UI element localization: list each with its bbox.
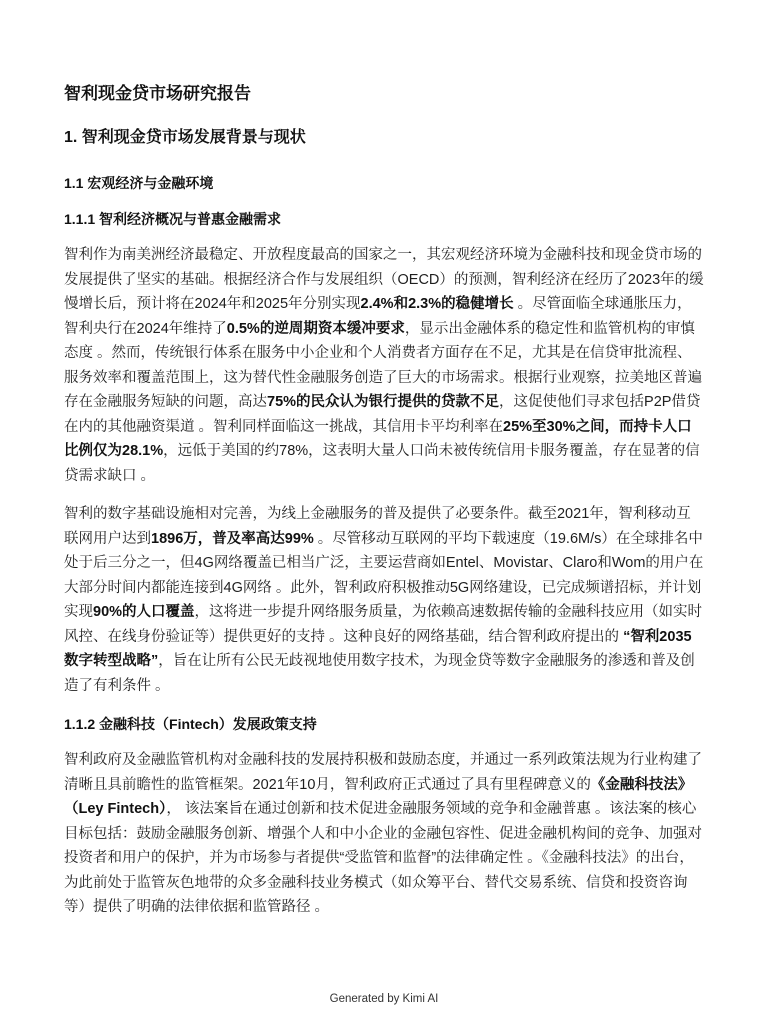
paragraph-fintech-policy: 智利政府及金融监管机构对金融科技的发展持积极和鼓励态度，并通过一系列政策法规为行… — [64, 748, 704, 920]
generated-by-label: Generated by Kimi AI — [330, 993, 439, 1005]
section-1-heading: 1. 智利现金贷市场发展背景与现状 — [64, 127, 704, 149]
report-title: 智利现金贷市场研究报告 — [64, 82, 704, 106]
page-footer: Generated by Kimi AI — [0, 992, 768, 1007]
section-1-1-1-heading: 1.1.1 智利经济概况与普惠金融需求 — [64, 210, 704, 229]
section-1-1-2-heading: 1.1.2 金融科技（Fintech）发展政策支持 — [64, 715, 704, 734]
paragraph-economy-overview: 智利作为南美洲经济最稳定、开放程度最高的国家之一，其宏观经济环境为金融科技和现金… — [64, 243, 704, 488]
paragraph-digital-infrastructure: 智利的数字基础设施相对完善，为线上金融服务的普及提供了必要条件。截至2021年，… — [64, 502, 704, 698]
report-document: 智利现金贷市场研究报告 1. 智利现金贷市场发展背景与现状 1.1 宏观经济与金… — [0, 0, 768, 1024]
section-1-1-heading: 1.1 宏观经济与金融环境 — [64, 174, 704, 193]
